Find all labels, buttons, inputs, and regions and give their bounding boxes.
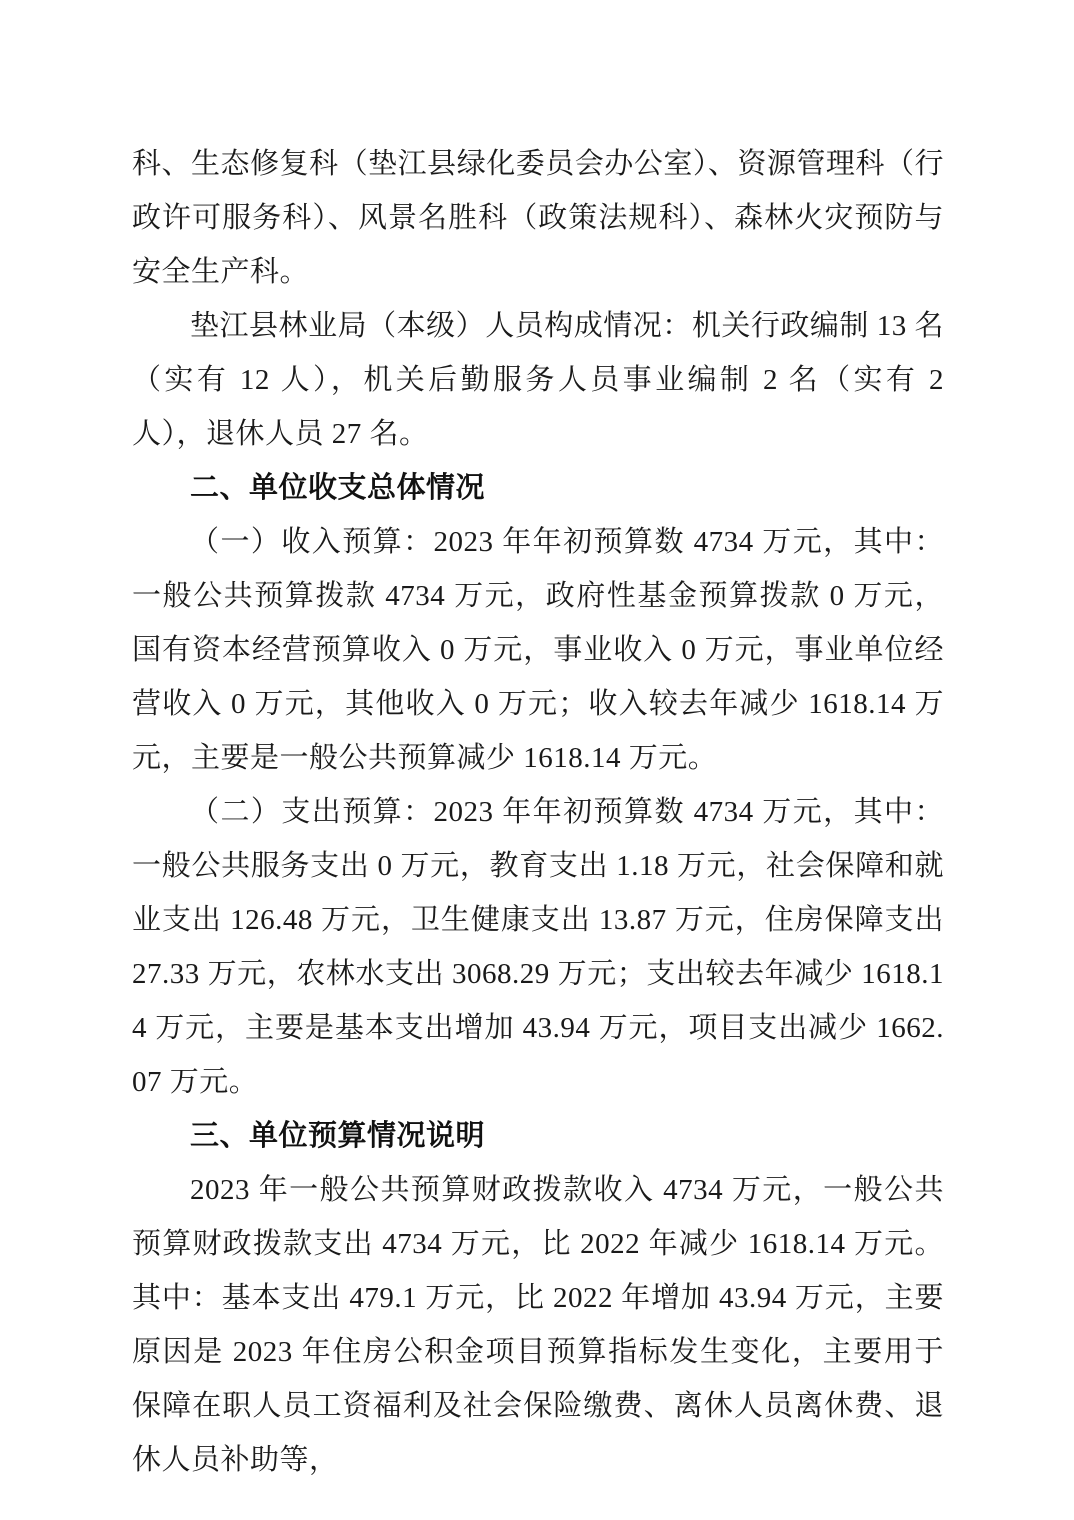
paragraph-personnel-composition: 垫江县林业局（本级）人员构成情况：机关行政编制 13 名（实有 12 人），机关… (132, 299, 944, 461)
paragraph-budget-explanation: 2023 年一般公共预算财政拨款收入 4734 万元，一般公共预算财政拨款支出 … (132, 1163, 944, 1487)
paragraph-income-budget: （一）收入预算：2023 年年初预算数 4734 万元，其中：一般公共预算拨款 … (132, 515, 944, 785)
section-heading-overall-revenue-expenditure: 二、单位收支总体情况 (132, 461, 944, 515)
paragraph-departments-continued: 科、生态修复科（垫江县绿化委员会办公室）、资源管理科（行政许可服务科）、风景名胜… (132, 137, 944, 299)
document-page: 科、生态修复科（垫江县绿化委员会办公室）、资源管理科（行政许可服务科）、风景名胜… (0, 0, 1074, 1520)
paragraph-expenditure-budget: （二）支出预算：2023 年年初预算数 4734 万元，其中：一般公共服务支出 … (132, 785, 944, 1109)
section-heading-budget-explanation: 三、单位预算情况说明 (132, 1109, 944, 1163)
